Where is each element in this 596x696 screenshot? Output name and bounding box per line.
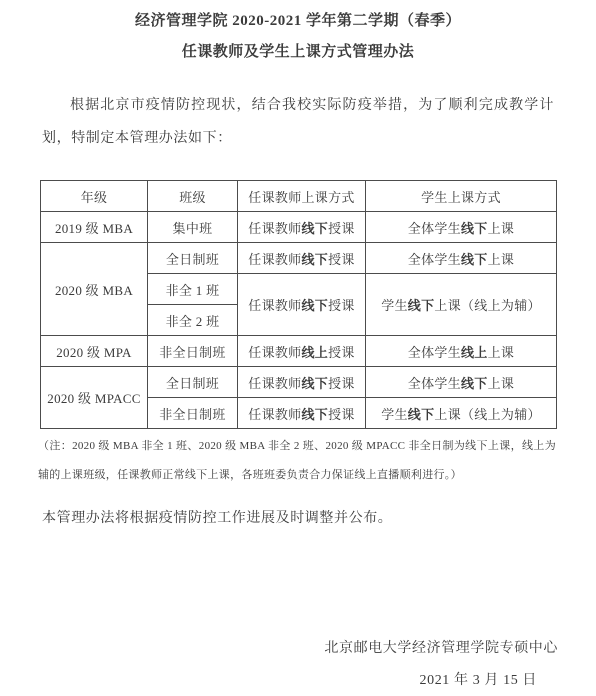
- text-segment-bold: 线下: [301, 376, 328, 391]
- text-segment-bold: 线上: [461, 345, 488, 360]
- student-mode-cell: 学生线下上课（线上为辅）: [366, 398, 557, 429]
- student-mode-cell: 全体学生线上上课: [366, 336, 557, 367]
- text-segment: 任课教师: [248, 407, 301, 422]
- text-segment-bold: 线下: [408, 298, 435, 313]
- text-segment: 上课: [488, 376, 515, 391]
- text-segment: 全体学生: [408, 221, 461, 236]
- text-segment: 授课: [328, 345, 355, 360]
- text-segment: 上课（线上为辅）: [434, 407, 540, 422]
- text-segment: 上课: [488, 345, 515, 360]
- teacher-mode-cell: 任课教师线下授课: [238, 243, 366, 274]
- class-cell: 全日制班: [148, 367, 238, 398]
- text-segment: 任课教师: [248, 345, 301, 360]
- text-segment-bold: 线下: [301, 221, 328, 236]
- teacher-mode-cell: 任课教师线上授课: [238, 336, 366, 367]
- text-segment: 任课教师: [248, 221, 301, 236]
- grade-cell: 2020 级 MBA: [41, 243, 148, 336]
- text-segment: 授课: [328, 298, 355, 313]
- table-header-row: 年级 班级 任课教师上课方式 学生上课方式: [41, 181, 557, 212]
- col-header-teacher-mode: 任课教师上课方式: [238, 181, 366, 212]
- class-cell: 非全日制班: [148, 336, 238, 367]
- text-segment: 授课: [328, 376, 355, 391]
- text-segment: 任课教师: [248, 252, 301, 267]
- text-segment: 上课（线上为辅）: [434, 298, 540, 313]
- text-segment-bold: 线下: [301, 252, 328, 267]
- text-segment-bold: 线下: [461, 376, 488, 391]
- grade-cell: 2019 级 MBA: [41, 212, 148, 243]
- teacher-mode-cell: 任课教师线下授课: [238, 212, 366, 243]
- student-mode-cell: 全体学生线下上课: [366, 367, 557, 398]
- grade-cell: 2020 级 MPACC: [41, 367, 148, 429]
- table-row: 2020 级 MPACC 全日制班 任课教师线下授课 全体学生线下上课: [41, 367, 557, 398]
- text-segment-bold: 线下: [461, 252, 488, 267]
- table-note: （注：2020 级 MBA 非全 1 班、2020 级 MBA 非全 2 班、2…: [38, 432, 556, 490]
- text-segment: 上课: [488, 252, 515, 267]
- class-mode-table: 年级 班级 任课教师上课方式 学生上课方式 2019 级 MBA 集中班 任课教…: [40, 180, 557, 429]
- text-segment: 全体学生: [408, 345, 461, 360]
- text-segment: 学生: [381, 298, 408, 313]
- class-cell: 非全 2 班: [148, 305, 238, 336]
- text-segment-bold: 线上: [301, 345, 328, 360]
- class-cell: 非全日制班: [148, 398, 238, 429]
- text-segment: 授课: [328, 252, 355, 267]
- table-row: 2020 级 MBA 全日制班 任课教师线下授课 全体学生线下上课: [41, 243, 557, 274]
- col-header-grade: 年级: [41, 181, 148, 212]
- class-cell: 集中班: [148, 212, 238, 243]
- text-segment-bold: 线下: [408, 407, 435, 422]
- doc-title-line2: 任课教师及学生上课方式管理办法: [0, 43, 596, 61]
- text-segment: 任课教师: [248, 376, 301, 391]
- text-segment-bold: 线下: [461, 221, 488, 236]
- table-row: 2019 级 MBA 集中班 任课教师线下授课 全体学生线下上课: [41, 212, 557, 243]
- signature-line: 北京邮电大学经济管理学院专硕中心: [0, 638, 558, 660]
- text-segment: 全体学生: [408, 376, 461, 391]
- text-segment: 上课: [488, 221, 515, 236]
- student-mode-cell: 学生线下上课（线上为辅）: [366, 274, 557, 336]
- closing-paragraph: 本管理办法将根据疫情防控工作进展及时调整并公布。: [42, 508, 554, 530]
- teacher-mode-cell: 任课教师线下授课: [238, 274, 366, 336]
- text-segment: 任课教师: [248, 298, 301, 313]
- document-page: 经济管理学院 2020-2021 学年第二学期（春季） 任课教师及学生上课方式管…: [0, 0, 596, 696]
- teacher-mode-cell: 任课教师线下授课: [238, 367, 366, 398]
- text-segment-bold: 线下: [301, 298, 328, 313]
- intro-paragraph: 根据北京市疫情防控现状，结合我校实际防疫举措，为了顺利完成教学计划，特制定本管理…: [42, 89, 554, 155]
- table-row: 2020 级 MPA 非全日制班 任课教师线上授课 全体学生线上上课: [41, 336, 557, 367]
- grade-cell: 2020 级 MPA: [41, 336, 148, 367]
- col-header-student-mode: 学生上课方式: [366, 181, 557, 212]
- text-segment: 全体学生: [408, 252, 461, 267]
- text-segment-bold: 线下: [301, 407, 328, 422]
- student-mode-cell: 全体学生线下上课: [366, 212, 557, 243]
- date-line: 2021 年 3 月 15 日: [0, 670, 537, 692]
- text-segment: 学生: [381, 407, 408, 422]
- doc-title-line1: 经济管理学院 2020-2021 学年第二学期（春季）: [0, 12, 596, 30]
- text-segment: 授课: [328, 221, 355, 236]
- text-segment: 授课: [328, 407, 355, 422]
- class-cell: 全日制班: [148, 243, 238, 274]
- student-mode-cell: 全体学生线下上课: [366, 243, 557, 274]
- class-cell: 非全 1 班: [148, 274, 238, 305]
- teacher-mode-cell: 任课教师线下授课: [238, 398, 366, 429]
- col-header-class: 班级: [148, 181, 238, 212]
